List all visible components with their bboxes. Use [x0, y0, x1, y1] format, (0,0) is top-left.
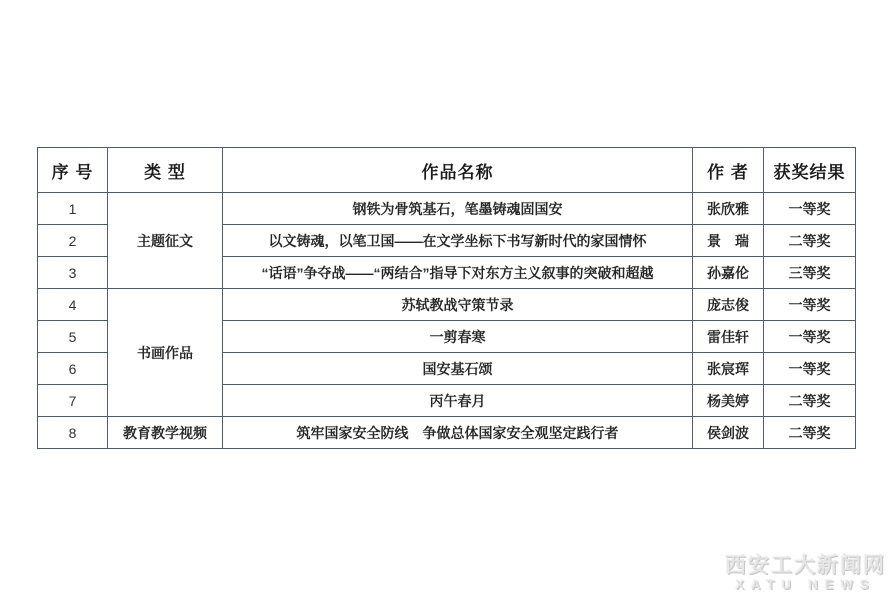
- cell-type-group: 教育教学视频: [108, 417, 223, 449]
- cell-title: 钢铁为骨筑基石，笔墨铸魂固国安: [223, 193, 693, 225]
- cell-author: 景 瑞: [693, 225, 764, 257]
- cell-award: 一等奖: [764, 289, 856, 321]
- cell-no: 4: [38, 289, 108, 321]
- cell-author: 孙嘉伦: [693, 257, 764, 289]
- cell-award: 一等奖: [764, 353, 856, 385]
- cell-no: 6: [38, 353, 108, 385]
- watermark-chinese-text: 西安工大新闻网: [725, 555, 886, 576]
- cell-award: 一等奖: [764, 321, 856, 353]
- cell-title: 筑牢国家安全防线 争做总体国家安全观坚定践行者: [223, 417, 693, 449]
- cell-no: 7: [38, 385, 108, 417]
- page: 序 号 类 型 作品名称 作 者 获奖结果 1 主题征文 钢铁为骨筑基石，笔墨铸…: [0, 0, 892, 595]
- cell-author: 杨美婷: [693, 385, 764, 417]
- cell-no: 3: [38, 257, 108, 289]
- cell-title: 丙午春月: [223, 385, 693, 417]
- cell-title: 一剪春寒: [223, 321, 693, 353]
- col-header-title: 作品名称: [223, 148, 693, 193]
- cell-title: 苏轼教战守策节录: [223, 289, 693, 321]
- header-row: 序 号 类 型 作品名称 作 者 获奖结果: [38, 148, 856, 193]
- col-header-award: 获奖结果: [764, 148, 856, 193]
- cell-author: 张欣雅: [693, 193, 764, 225]
- cell-author: 张宸珲: [693, 353, 764, 385]
- cell-author: 雷佳轩: [693, 321, 764, 353]
- cell-author: 庞志俊: [693, 289, 764, 321]
- cell-no: 8: [38, 417, 108, 449]
- awards-table: 序 号 类 型 作品名称 作 者 获奖结果 1 主题征文 钢铁为骨筑基石，笔墨铸…: [37, 147, 856, 449]
- col-header-type: 类 型: [108, 148, 223, 193]
- col-header-author: 作 者: [693, 148, 764, 193]
- cell-no: 1: [38, 193, 108, 225]
- cell-type-group: 书画作品: [108, 289, 223, 417]
- cell-no: 2: [38, 225, 108, 257]
- table-row: 8 教育教学视频 筑牢国家安全防线 争做总体国家安全观坚定践行者 侯剑波 二等奖: [38, 417, 856, 449]
- cell-award: 二等奖: [764, 417, 856, 449]
- cell-title: “话语”争夺战——“两结合”指导下对东方主义叙事的突破和超越: [223, 257, 693, 289]
- table-row: 1 主题征文 钢铁为骨筑基石，笔墨铸魂固国安 张欣雅 一等奖: [38, 193, 856, 225]
- col-header-no: 序 号: [38, 148, 108, 193]
- cell-type-group: 主题征文: [108, 193, 223, 289]
- cell-award: 二等奖: [764, 385, 856, 417]
- cell-award: 三等奖: [764, 257, 856, 289]
- cell-no: 5: [38, 321, 108, 353]
- site-watermark: 西安工大新闻网 XATU NEWS: [725, 555, 886, 591]
- cell-title: 国安基石颂: [223, 353, 693, 385]
- cell-award: 一等奖: [764, 193, 856, 225]
- cell-author: 侯剑波: [693, 417, 764, 449]
- cell-award: 二等奖: [764, 225, 856, 257]
- watermark-english-text: XATU NEWS: [725, 578, 886, 591]
- table-row: 4 书画作品 苏轼教战守策节录 庞志俊 一等奖: [38, 289, 856, 321]
- cell-title: 以文铸魂，以笔卫国——在文学坐标下书写新时代的家国情怀: [223, 225, 693, 257]
